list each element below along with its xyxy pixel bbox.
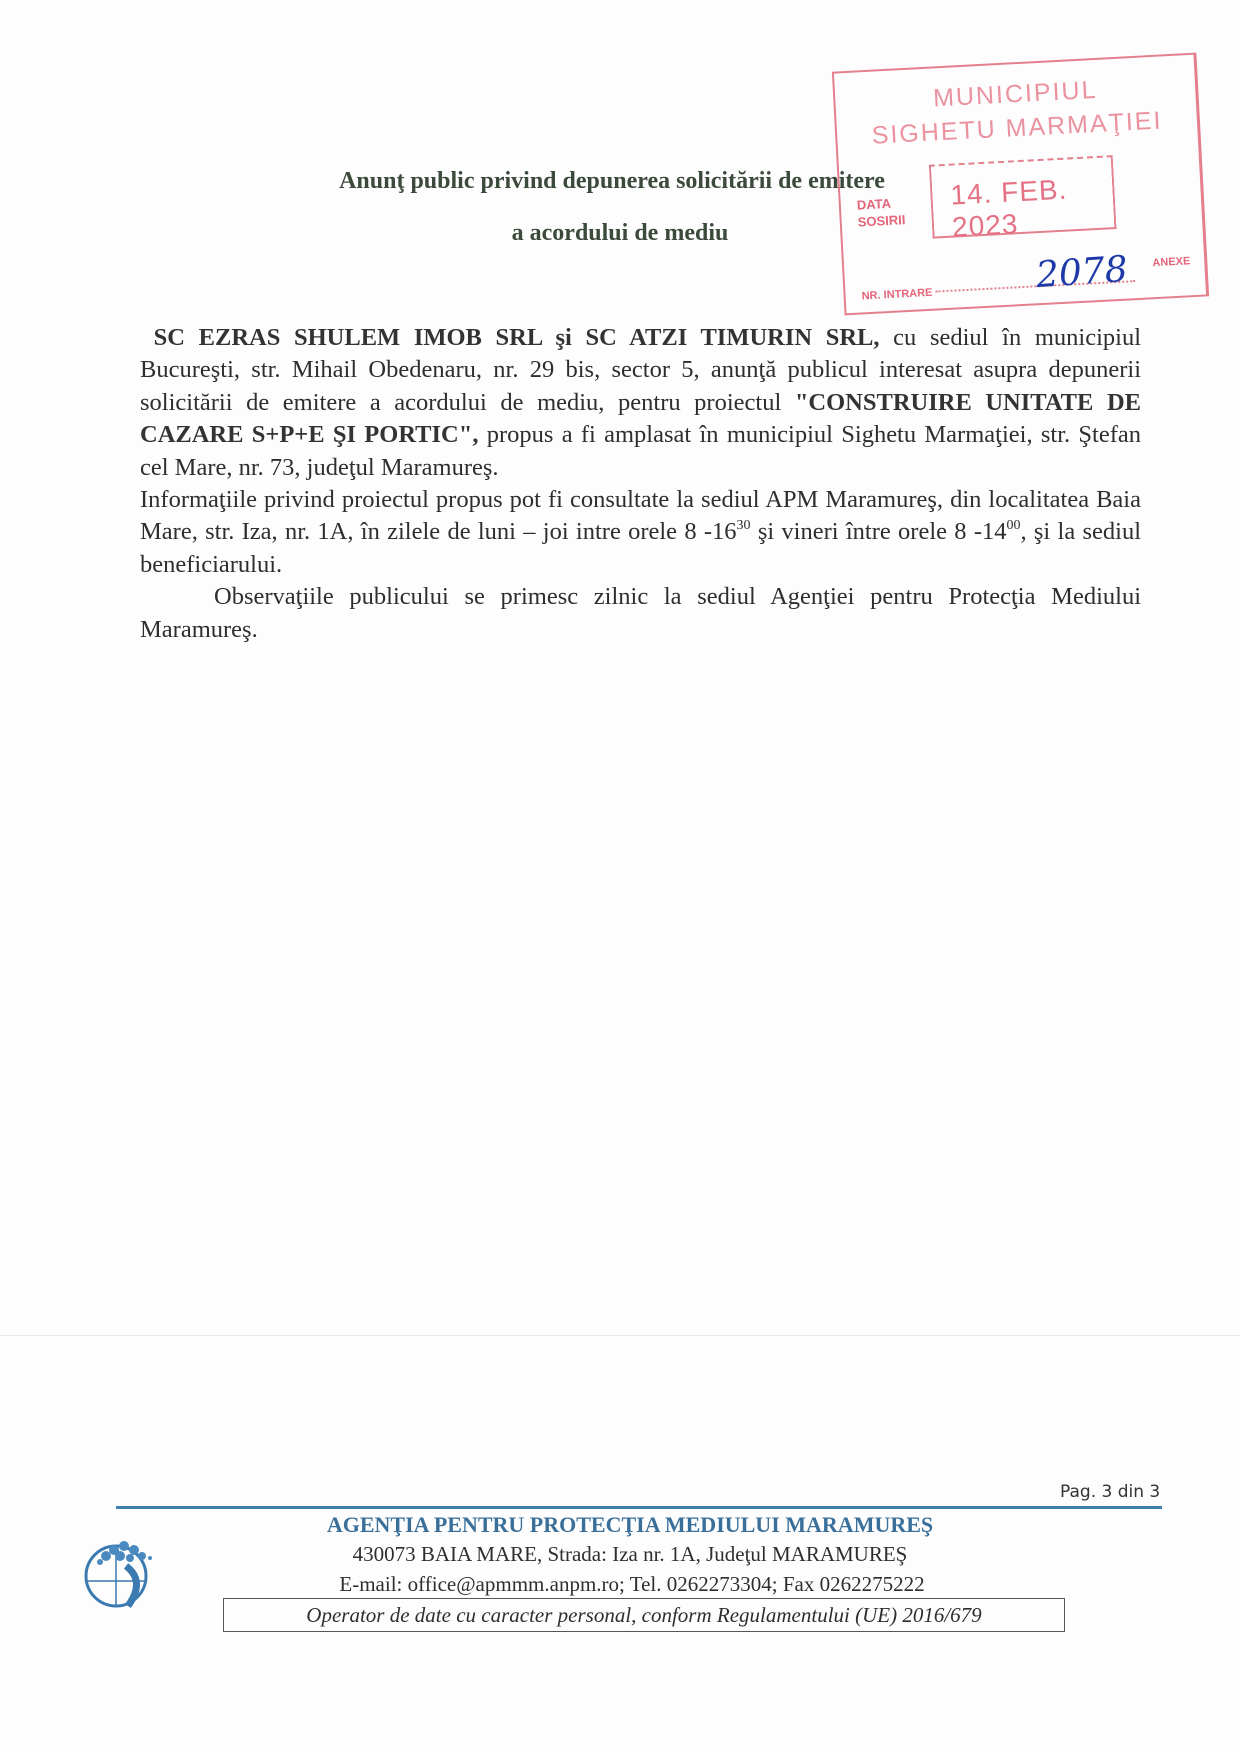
company-names: SC EZRAS SHULEM IMOB SRL şi SC ATZI TIMU… [154,324,880,351]
stamp-date: 14. FEB. 2023 [950,171,1115,243]
stamp-date-box: 14. FEB. 2023 [929,155,1117,239]
paragraph-applicants: SC EZRAS SHULEM IMOB SRL şi SC ATZI TIMU… [140,322,1141,484]
agency-address: 430073 BAIA MARE, Strada: Iza nr. 1A, Ju… [10,1542,1240,1567]
document-body: SC EZRAS SHULEM IMOB SRL şi SC ATZI TIMU… [140,322,1141,646]
stamp-number-label: NR. INTRARE [861,287,932,303]
paragraph-information: Informaţiile privind proiectul propus po… [140,484,1141,581]
page-number: Pag. 3 din 3 [1060,1482,1160,1502]
tree-globe-logo-icon [76,1526,166,1616]
agency-name: AGENŢIA PENTRU PROTECŢIA MEDIULUI MARAMU… [10,1512,1240,1538]
footer-divider [116,1506,1162,1509]
agency-contact: E-mail: office@apmmm.anpm.ro; Tel. 02622… [12,1572,1240,1597]
stamp-arrival-label: SOSIRII [857,212,905,229]
scan-artifact-line [0,1335,1240,1336]
paragraph-observations: Observaţiile publicului se primesc zilni… [140,581,1141,646]
registration-number: 2078 [1035,249,1129,296]
registration-stamp: MUNICIPIUL SIGHETU MARMAŢIEI DATA SOSIRI… [832,53,1209,316]
gdpr-notice: Operator de date cu caracter personal, c… [223,1598,1065,1632]
stamp-date-label: DATA [856,196,891,213]
stamp-annex-label: ANEXE [1152,255,1190,269]
